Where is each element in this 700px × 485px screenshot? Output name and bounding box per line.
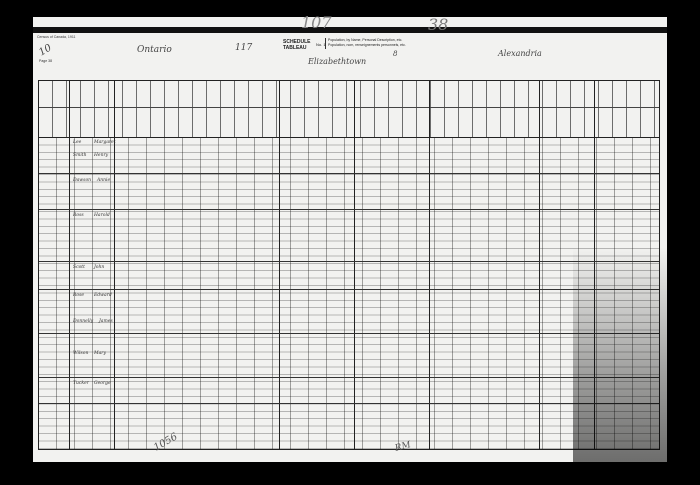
schedule-desc-fr: Population, nom, renseignements personne… (328, 43, 426, 48)
header-divider (39, 107, 659, 108)
scan-border-right (667, 17, 700, 485)
entry-given: Henry (94, 153, 108, 158)
column-divider (539, 81, 540, 449)
row-divider (39, 377, 659, 378)
schedule-description: Population, by Name, Personal Descriptio… (325, 38, 426, 49)
entry-surname: Lee (73, 140, 81, 145)
top-left-mark: 10 (37, 43, 54, 59)
enumeration-area: 8 (393, 50, 397, 58)
table-header (39, 81, 659, 138)
row-divider (39, 173, 659, 174)
province-value: Ontario (137, 45, 172, 55)
top-border (33, 27, 667, 33)
subdistrict-value: Elizabethtown (308, 57, 366, 66)
page-number: 38 (428, 15, 448, 34)
entry-given: Margaret (94, 140, 116, 145)
row-divider (39, 333, 659, 334)
column-divider (279, 81, 280, 449)
municipality-value: Alexandria (498, 49, 542, 58)
column-divider (69, 81, 70, 449)
entry-surname: Scott (73, 265, 85, 270)
schedule-title: SCHEDULE TABLEAU (283, 39, 311, 51)
column-divider (429, 81, 430, 449)
census-table: Lee Margaret Smith Henry Dawson Annie Ro… (38, 80, 660, 450)
census-title: Census of Canada, 1911 (37, 35, 75, 39)
row-divider (39, 209, 659, 210)
entry-surname: Rose (73, 293, 84, 298)
entry-surname: Smith (73, 153, 87, 158)
entry-given: Harold (94, 213, 110, 218)
row-divider (39, 403, 659, 404)
entry-given: Annie (97, 178, 110, 183)
entry-given: Mary (94, 351, 106, 356)
entry-surname: Wilson (73, 351, 88, 356)
entry-given: George (94, 381, 111, 386)
district-number: 117 (235, 43, 252, 53)
entry-surname: Donnelly (73, 319, 93, 324)
page-stamp: 107 (301, 13, 332, 32)
row-divider (39, 289, 659, 290)
column-divider (114, 81, 115, 449)
entry-given: John (94, 265, 104, 270)
entry-given: James (99, 319, 113, 324)
entry-surname: Tucker (73, 381, 89, 386)
census-page: Census of Canada, 1911 10 Page 38 Ontari… (33, 17, 667, 462)
entry-given: Edward (94, 293, 112, 298)
entry-surname: Ross (73, 213, 84, 218)
tableau-label: TABLEAU (283, 45, 311, 51)
row-divider (39, 261, 659, 262)
entry-surname: Dawson (73, 178, 91, 183)
column-divider (354, 81, 355, 449)
left-margin-note: Page 38 (39, 59, 52, 63)
scan-shadow (573, 247, 667, 462)
